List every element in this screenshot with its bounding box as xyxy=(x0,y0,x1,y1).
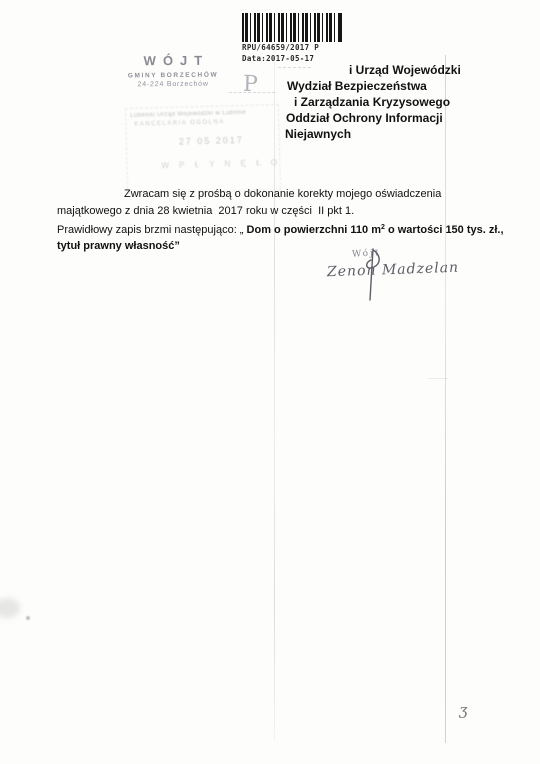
recipient-line: Wydział Bezpieczeństwa xyxy=(285,78,475,94)
received-stamp-office: Lubelski Urząd Wojewódzki w Lublinie xyxy=(130,109,276,119)
registration-number: RPU/64659/2017 P xyxy=(242,44,342,53)
registration-label: RPU/64659/2017 P Data:2017-05-17 xyxy=(242,13,342,63)
received-stamp-registry: KANCELARIA OGÓLNA xyxy=(134,118,278,128)
body-line: majątkowego z dnia 28 kwietnia 2017 roku… xyxy=(57,203,497,220)
recipient-line: Oddział Ochrony Informacji xyxy=(285,110,475,126)
crease-mark xyxy=(428,378,448,379)
body-text: Prawidłowy zapis brzmi następująco: „ xyxy=(57,224,247,236)
body-line: Prawidłowy zapis brzmi następująco: „ Do… xyxy=(57,220,497,239)
handwritten-margin-mark: ʒ xyxy=(459,701,467,719)
body-text-bold: Dom o powierzchni 110 m xyxy=(247,224,381,236)
postal-p-mark: P xyxy=(243,72,259,98)
recipient-line: Niejawnych xyxy=(285,126,475,142)
received-stamp-received-word: W P Ł Y N Ę Ł O xyxy=(161,158,279,170)
sender-stamp-address: 24-224 Borzechów xyxy=(118,81,228,89)
body-text-bold: o wartości 150 tys. zł., xyxy=(385,224,504,236)
recipient-address: i Urząd Wojewódzki Wydział Bezpieczeństw… xyxy=(285,62,475,142)
scan-smudge xyxy=(0,598,20,618)
body-line: tytuł prawny własność” xyxy=(57,238,497,255)
signature-flourish-icon xyxy=(358,246,390,304)
received-stamp: Lubelski Urząd Wojewódzki w Lublinie KAN… xyxy=(125,104,281,194)
body-text-bold: tytuł prawny własność” xyxy=(57,240,180,252)
barcode-icon xyxy=(242,13,342,42)
vertical-fold-line-right xyxy=(445,55,446,743)
sender-stamp: WÓJT GMINY BORZECHÓW 24-224 Borzechów xyxy=(118,53,228,89)
recipient-line: i Urząd Wojewódzki xyxy=(285,62,475,78)
recipient-line: i Zarządzania Kryzysowego xyxy=(285,94,475,110)
letter-body: Zwracam się z prośbą o dokonanie korekty… xyxy=(57,186,497,255)
scanned-letter-page: RPU/64659/2017 P Data:2017-05-17 WÓJT GM… xyxy=(0,0,540,764)
sender-stamp-municipality: GMINY BORZECHÓW xyxy=(118,72,228,80)
body-line: Zwracam się z prośbą o dokonanie korekty… xyxy=(57,186,497,203)
signature-name: Zenon Madzelan xyxy=(327,260,460,281)
sender-stamp-title: WÓJT xyxy=(118,53,228,69)
received-stamp-date: 27 05 2017 xyxy=(179,134,279,147)
scan-dot xyxy=(26,616,30,620)
